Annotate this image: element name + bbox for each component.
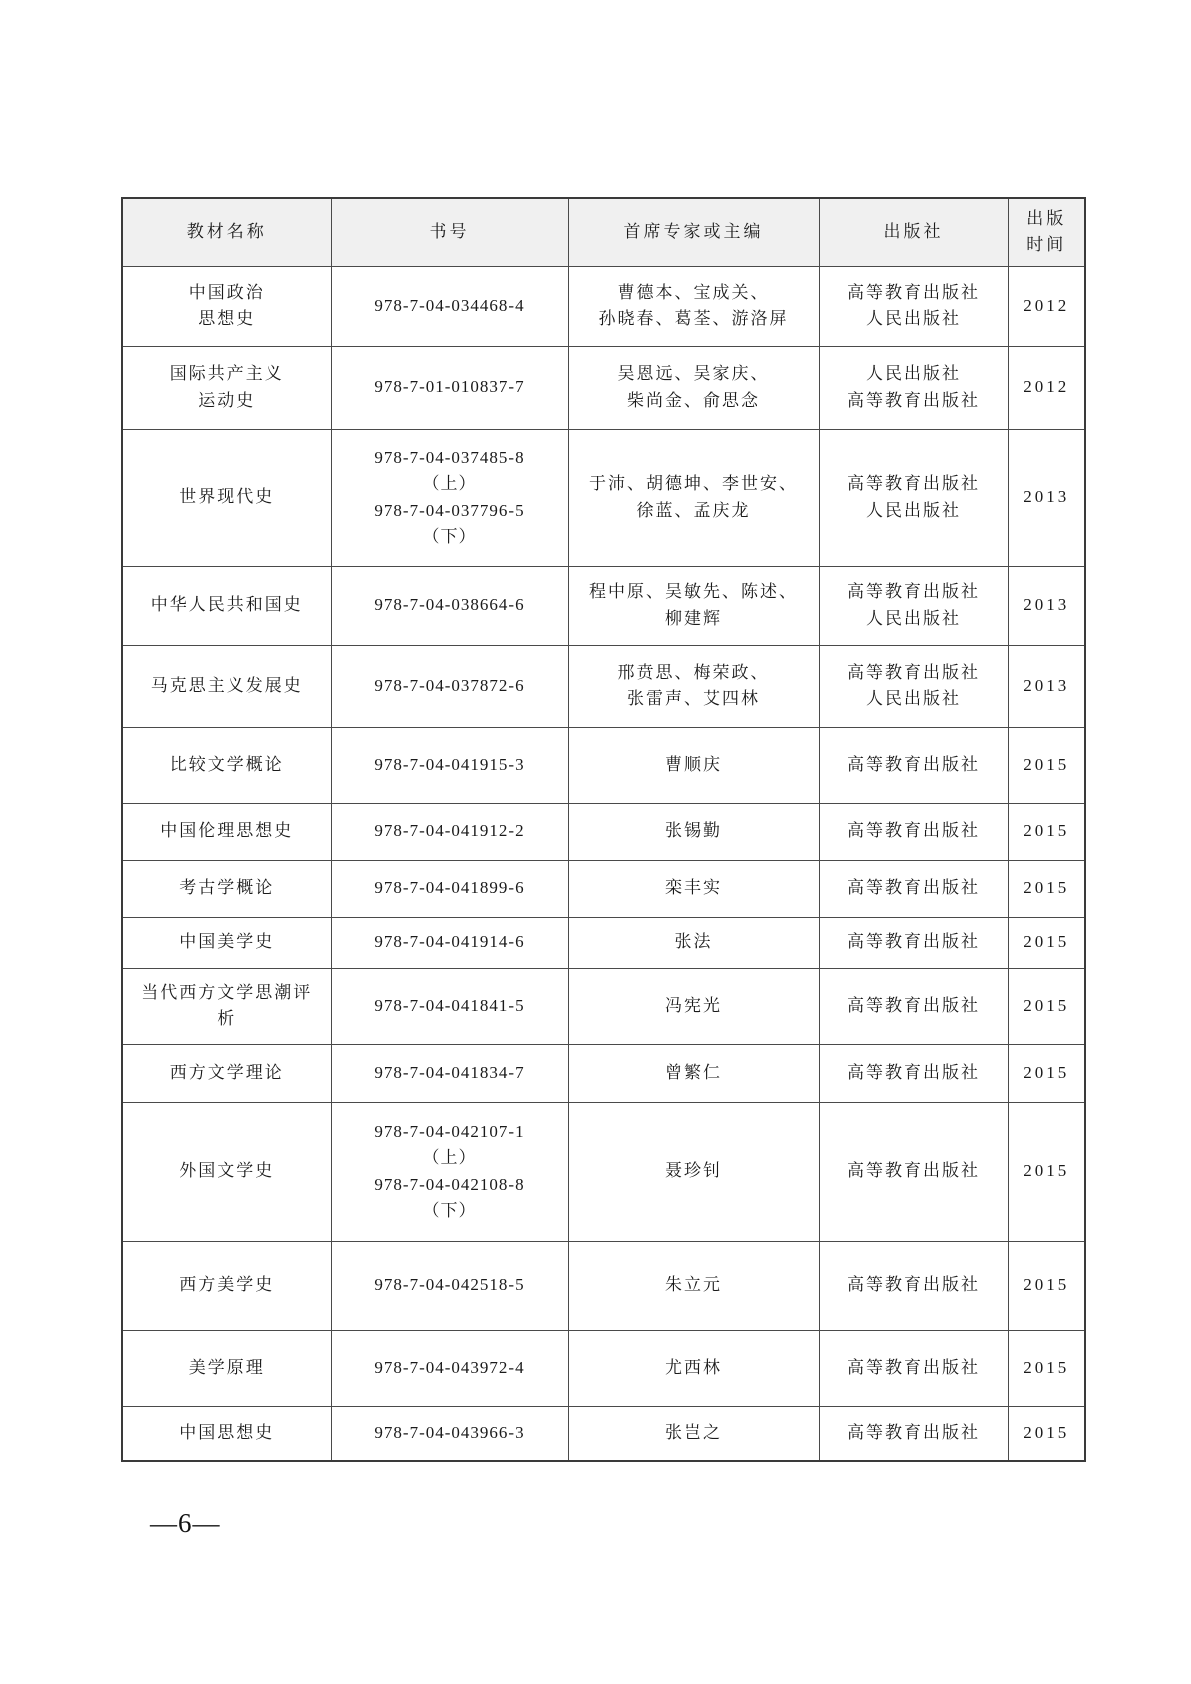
isbn-cell: 978-7-04-042107-1 （上） 978-7-04-042108-8 … xyxy=(331,1102,568,1241)
textbook-name-cell: 国际共产主义 运动史 xyxy=(122,346,331,429)
textbook-table: 教材名称 书号 首席专家或主编 出版社 出版 时间 中国政治 思想史 978-7… xyxy=(121,197,1086,1462)
textbook-name-cell: 中华人民共和国史 xyxy=(122,566,331,645)
publish-year-cell: 2015 xyxy=(1008,1406,1085,1461)
publish-year-cell: 2015 xyxy=(1008,968,1085,1044)
publisher-cell: 高等教育出版社 人民出版社 xyxy=(819,266,1008,346)
textbook-name-cell: 外国文学史 xyxy=(122,1102,331,1241)
table-row: 中国政治 思想史 978-7-04-034468-4 曹德本、宝成关、 孙晓春、… xyxy=(122,266,1085,346)
header-chief-experts: 首席专家或主编 xyxy=(568,198,819,266)
table-row: 西方美学史 978-7-04-042518-5 朱立元 高等教育出版社 2015 xyxy=(122,1241,1085,1330)
textbook-name-cell: 美学原理 xyxy=(122,1330,331,1406)
isbn-cell: 978-7-04-041899-6 xyxy=(331,860,568,917)
publish-year-cell: 2015 xyxy=(1008,803,1085,860)
table-row: 中国美学史 978-7-04-041914-6 张法 高等教育出版社 2015 xyxy=(122,917,1085,968)
isbn-cell: 978-7-04-041915-3 xyxy=(331,727,568,803)
publisher-cell: 高等教育出版社 xyxy=(819,860,1008,917)
isbn-cell: 978-7-04-037485-8 （上） 978-7-04-037796-5 … xyxy=(331,429,568,566)
table-row: 西方文学理论 978-7-04-041834-7 曾繁仁 高等教育出版社 201… xyxy=(122,1044,1085,1102)
textbook-name-cell: 比较文学概论 xyxy=(122,727,331,803)
textbook-name-cell: 西方美学史 xyxy=(122,1241,331,1330)
textbook-name-cell: 中国思想史 xyxy=(122,1406,331,1461)
textbook-name-cell: 马克思主义发展史 xyxy=(122,645,331,727)
experts-cell: 程中原、吴敏先、陈述、 柳建辉 xyxy=(568,566,819,645)
document-page: 教材名称 书号 首席专家或主编 出版社 出版 时间 中国政治 思想史 978-7… xyxy=(0,0,1191,1684)
publish-year-cell: 2013 xyxy=(1008,645,1085,727)
header-publisher: 出版社 xyxy=(819,198,1008,266)
isbn-cell: 978-7-01-010837-7 xyxy=(331,346,568,429)
publisher-cell: 高等教育出版社 xyxy=(819,968,1008,1044)
isbn-cell: 978-7-04-041914-6 xyxy=(331,917,568,968)
experts-cell: 吴恩远、吴家庆、 柴尚金、俞思念 xyxy=(568,346,819,429)
header-publish-year: 出版 时间 xyxy=(1008,198,1085,266)
table-row: 世界现代史 978-7-04-037485-8 （上） 978-7-04-037… xyxy=(122,429,1085,566)
textbook-name-cell: 中国伦理思想史 xyxy=(122,803,331,860)
isbn-cell: 978-7-04-042518-5 xyxy=(331,1241,568,1330)
publisher-cell: 高等教育出版社 xyxy=(819,1102,1008,1241)
textbook-name-cell: 西方文学理论 xyxy=(122,1044,331,1102)
table-row: 中国思想史 978-7-04-043966-3 张岂之 高等教育出版社 2015 xyxy=(122,1406,1085,1461)
experts-cell: 曹顺庆 xyxy=(568,727,819,803)
publisher-cell: 高等教育出版社 人民出版社 xyxy=(819,566,1008,645)
table-row: 比较文学概论 978-7-04-041915-3 曹顺庆 高等教育出版社 201… xyxy=(122,727,1085,803)
table-row: 外国文学史 978-7-04-042107-1 （上） 978-7-04-042… xyxy=(122,1102,1085,1241)
publish-year-cell: 2015 xyxy=(1008,1330,1085,1406)
table-body: 中国政治 思想史 978-7-04-034468-4 曹德本、宝成关、 孙晓春、… xyxy=(122,266,1085,1461)
experts-cell: 曹德本、宝成关、 孙晓春、葛荃、游洛屏 xyxy=(568,266,819,346)
publisher-cell: 高等教育出版社 xyxy=(819,803,1008,860)
header-textbook-name: 教材名称 xyxy=(122,198,331,266)
experts-cell: 朱立元 xyxy=(568,1241,819,1330)
publish-year-cell: 2013 xyxy=(1008,566,1085,645)
experts-cell: 曾繁仁 xyxy=(568,1044,819,1102)
publisher-cell: 高等教育出版社 人民出版社 xyxy=(819,429,1008,566)
textbook-name-cell: 中国美学史 xyxy=(122,917,331,968)
publisher-cell: 高等教育出版社 xyxy=(819,1330,1008,1406)
publisher-cell: 高等教育出版社 xyxy=(819,1241,1008,1330)
publisher-cell: 高等教育出版社 xyxy=(819,727,1008,803)
table-row: 考古学概论 978-7-04-041899-6 栾丰实 高等教育出版社 2015 xyxy=(122,860,1085,917)
publish-year-cell: 2015 xyxy=(1008,1102,1085,1241)
publish-year-cell: 2013 xyxy=(1008,429,1085,566)
publish-year-cell: 2015 xyxy=(1008,1044,1085,1102)
isbn-cell: 978-7-04-038664-6 xyxy=(331,566,568,645)
isbn-cell: 978-7-04-043972-4 xyxy=(331,1330,568,1406)
experts-cell: 尤西林 xyxy=(568,1330,819,1406)
table-row: 当代西方文学思潮评 析 978-7-04-041841-5 冯宪光 高等教育出版… xyxy=(122,968,1085,1044)
page-number: —6— xyxy=(150,1508,221,1539)
publish-year-cell: 2012 xyxy=(1008,346,1085,429)
publisher-cell: 高等教育出版社 xyxy=(819,1406,1008,1461)
publish-year-cell: 2015 xyxy=(1008,727,1085,803)
isbn-cell: 978-7-04-034468-4 xyxy=(331,266,568,346)
textbook-name-cell: 当代西方文学思潮评 析 xyxy=(122,968,331,1044)
table-row: 中华人民共和国史 978-7-04-038664-6 程中原、吴敏先、陈述、 柳… xyxy=(122,566,1085,645)
isbn-cell: 978-7-04-043966-3 xyxy=(331,1406,568,1461)
experts-cell: 栾丰实 xyxy=(568,860,819,917)
publisher-cell: 高等教育出版社 xyxy=(819,917,1008,968)
publish-year-cell: 2015 xyxy=(1008,1241,1085,1330)
textbook-name-cell: 考古学概论 xyxy=(122,860,331,917)
publish-year-cell: 2015 xyxy=(1008,917,1085,968)
experts-cell: 于沛、胡德坤、李世安、 徐蓝、孟庆龙 xyxy=(568,429,819,566)
publisher-cell: 高等教育出版社 人民出版社 xyxy=(819,645,1008,727)
experts-cell: 张岂之 xyxy=(568,1406,819,1461)
table-row: 中国伦理思想史 978-7-04-041912-2 张锡勤 高等教育出版社 20… xyxy=(122,803,1085,860)
textbook-name-cell: 世界现代史 xyxy=(122,429,331,566)
table-row: 国际共产主义 运动史 978-7-01-010837-7 吴恩远、吴家庆、 柴尚… xyxy=(122,346,1085,429)
header-isbn: 书号 xyxy=(331,198,568,266)
experts-cell: 张锡勤 xyxy=(568,803,819,860)
experts-cell: 聂珍钊 xyxy=(568,1102,819,1241)
table-row: 美学原理 978-7-04-043972-4 尤西林 高等教育出版社 2015 xyxy=(122,1330,1085,1406)
experts-cell: 张法 xyxy=(568,917,819,968)
experts-cell: 冯宪光 xyxy=(568,968,819,1044)
table-header-row: 教材名称 书号 首席专家或主编 出版社 出版 时间 xyxy=(122,198,1085,266)
experts-cell: 邢贲思、梅荣政、 张雷声、艾四林 xyxy=(568,645,819,727)
publish-year-cell: 2015 xyxy=(1008,860,1085,917)
table-row: 马克思主义发展史 978-7-04-037872-6 邢贲思、梅荣政、 张雷声、… xyxy=(122,645,1085,727)
publish-year-cell: 2012 xyxy=(1008,266,1085,346)
isbn-cell: 978-7-04-041912-2 xyxy=(331,803,568,860)
isbn-cell: 978-7-04-041834-7 xyxy=(331,1044,568,1102)
isbn-cell: 978-7-04-041841-5 xyxy=(331,968,568,1044)
publisher-cell: 高等教育出版社 xyxy=(819,1044,1008,1102)
publisher-cell: 人民出版社 高等教育出版社 xyxy=(819,346,1008,429)
textbook-name-cell: 中国政治 思想史 xyxy=(122,266,331,346)
isbn-cell: 978-7-04-037872-6 xyxy=(331,645,568,727)
